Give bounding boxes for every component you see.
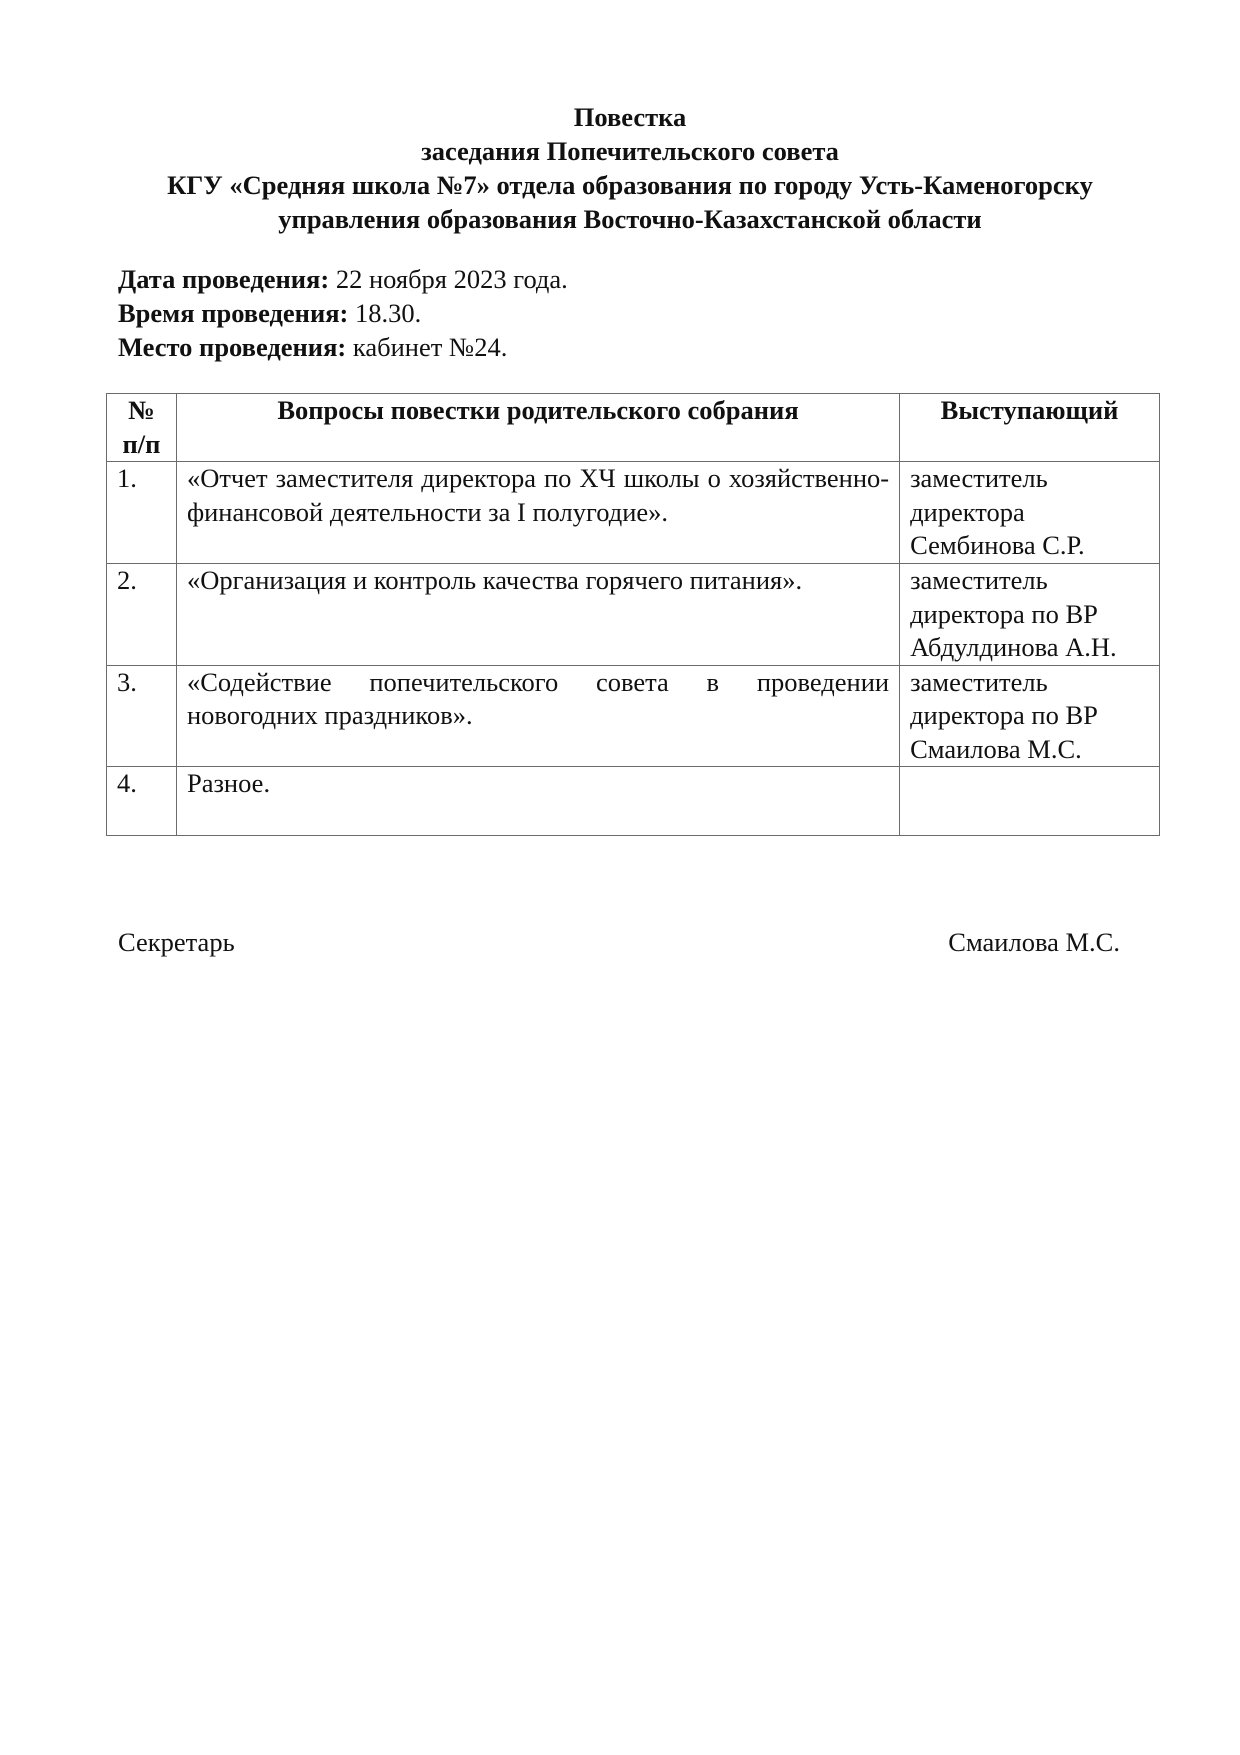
header-topic: Вопросы повестки родительского собрания — [176, 394, 899, 462]
row-number: 3. — [107, 665, 177, 767]
date-line: Дата проведения: 22 ноября 2023 года. — [118, 262, 568, 296]
signature-line: Секретарь Смаилова М.С. — [118, 925, 1120, 959]
row-topic: «Отчет заместителя директора по ХЧ школы… — [176, 462, 899, 564]
table-header-row: № п/п Вопросы повестки родительского соб… — [107, 394, 1160, 462]
date-label: Дата проведения: — [118, 264, 329, 294]
document-title: Повестка заседания Попечительского совет… — [100, 100, 1160, 236]
table-row: 1. «Отчет заместителя директора по ХЧ шк… — [107, 462, 1160, 564]
title-line-4: управления образования Восточно-Казахста… — [100, 202, 1160, 236]
secretary-role: Секретарь — [118, 925, 235, 959]
time-label: Время проведения: — [118, 298, 348, 328]
secretary-name: Смаилова М.С. — [948, 925, 1120, 959]
time-value: 18.30. — [348, 298, 421, 328]
time-line: Время проведения: 18.30. — [118, 296, 568, 330]
title-line-2: заседания Попечительского совета — [100, 134, 1160, 168]
row-speaker: заместитель директора Сембинова С.Р. — [900, 462, 1160, 564]
row-number: 2. — [107, 564, 177, 666]
place-label: Место проведения: — [118, 332, 346, 362]
table-row: 3. «Содействие попечительского совета в … — [107, 665, 1160, 767]
row-speaker — [900, 767, 1160, 836]
header-speaker: Выступающий — [900, 394, 1160, 462]
place-value: кабинет №24. — [346, 332, 507, 362]
date-value: 22 ноября 2023 года. — [329, 264, 568, 294]
table-row: 4. Разное. — [107, 767, 1160, 836]
row-number: 1. — [107, 462, 177, 564]
place-line: Место проведения: кабинет №24. — [118, 330, 568, 364]
row-topic: «Содействие попечительского совета в про… — [176, 665, 899, 767]
row-speaker: заместитель директора по ВР Смаилова М.С… — [900, 665, 1160, 767]
row-topic: «Организация и контроль качества горячег… — [176, 564, 899, 666]
row-topic: Разное. — [176, 767, 899, 836]
meeting-details: Дата проведения: 22 ноября 2023 года. Вр… — [118, 262, 568, 364]
row-speaker: заместитель директора по ВР Абдулдинова … — [900, 564, 1160, 666]
title-line-1: Повестка — [100, 100, 1160, 134]
title-line-3: КГУ «Средняя школа №7» отдела образовани… — [100, 168, 1160, 202]
agenda-table: № п/п Вопросы повестки родительского соб… — [106, 393, 1160, 836]
row-number: 4. — [107, 767, 177, 836]
header-number: № п/п — [107, 394, 177, 462]
table-row: 2. «Организация и контроль качества горя… — [107, 564, 1160, 666]
